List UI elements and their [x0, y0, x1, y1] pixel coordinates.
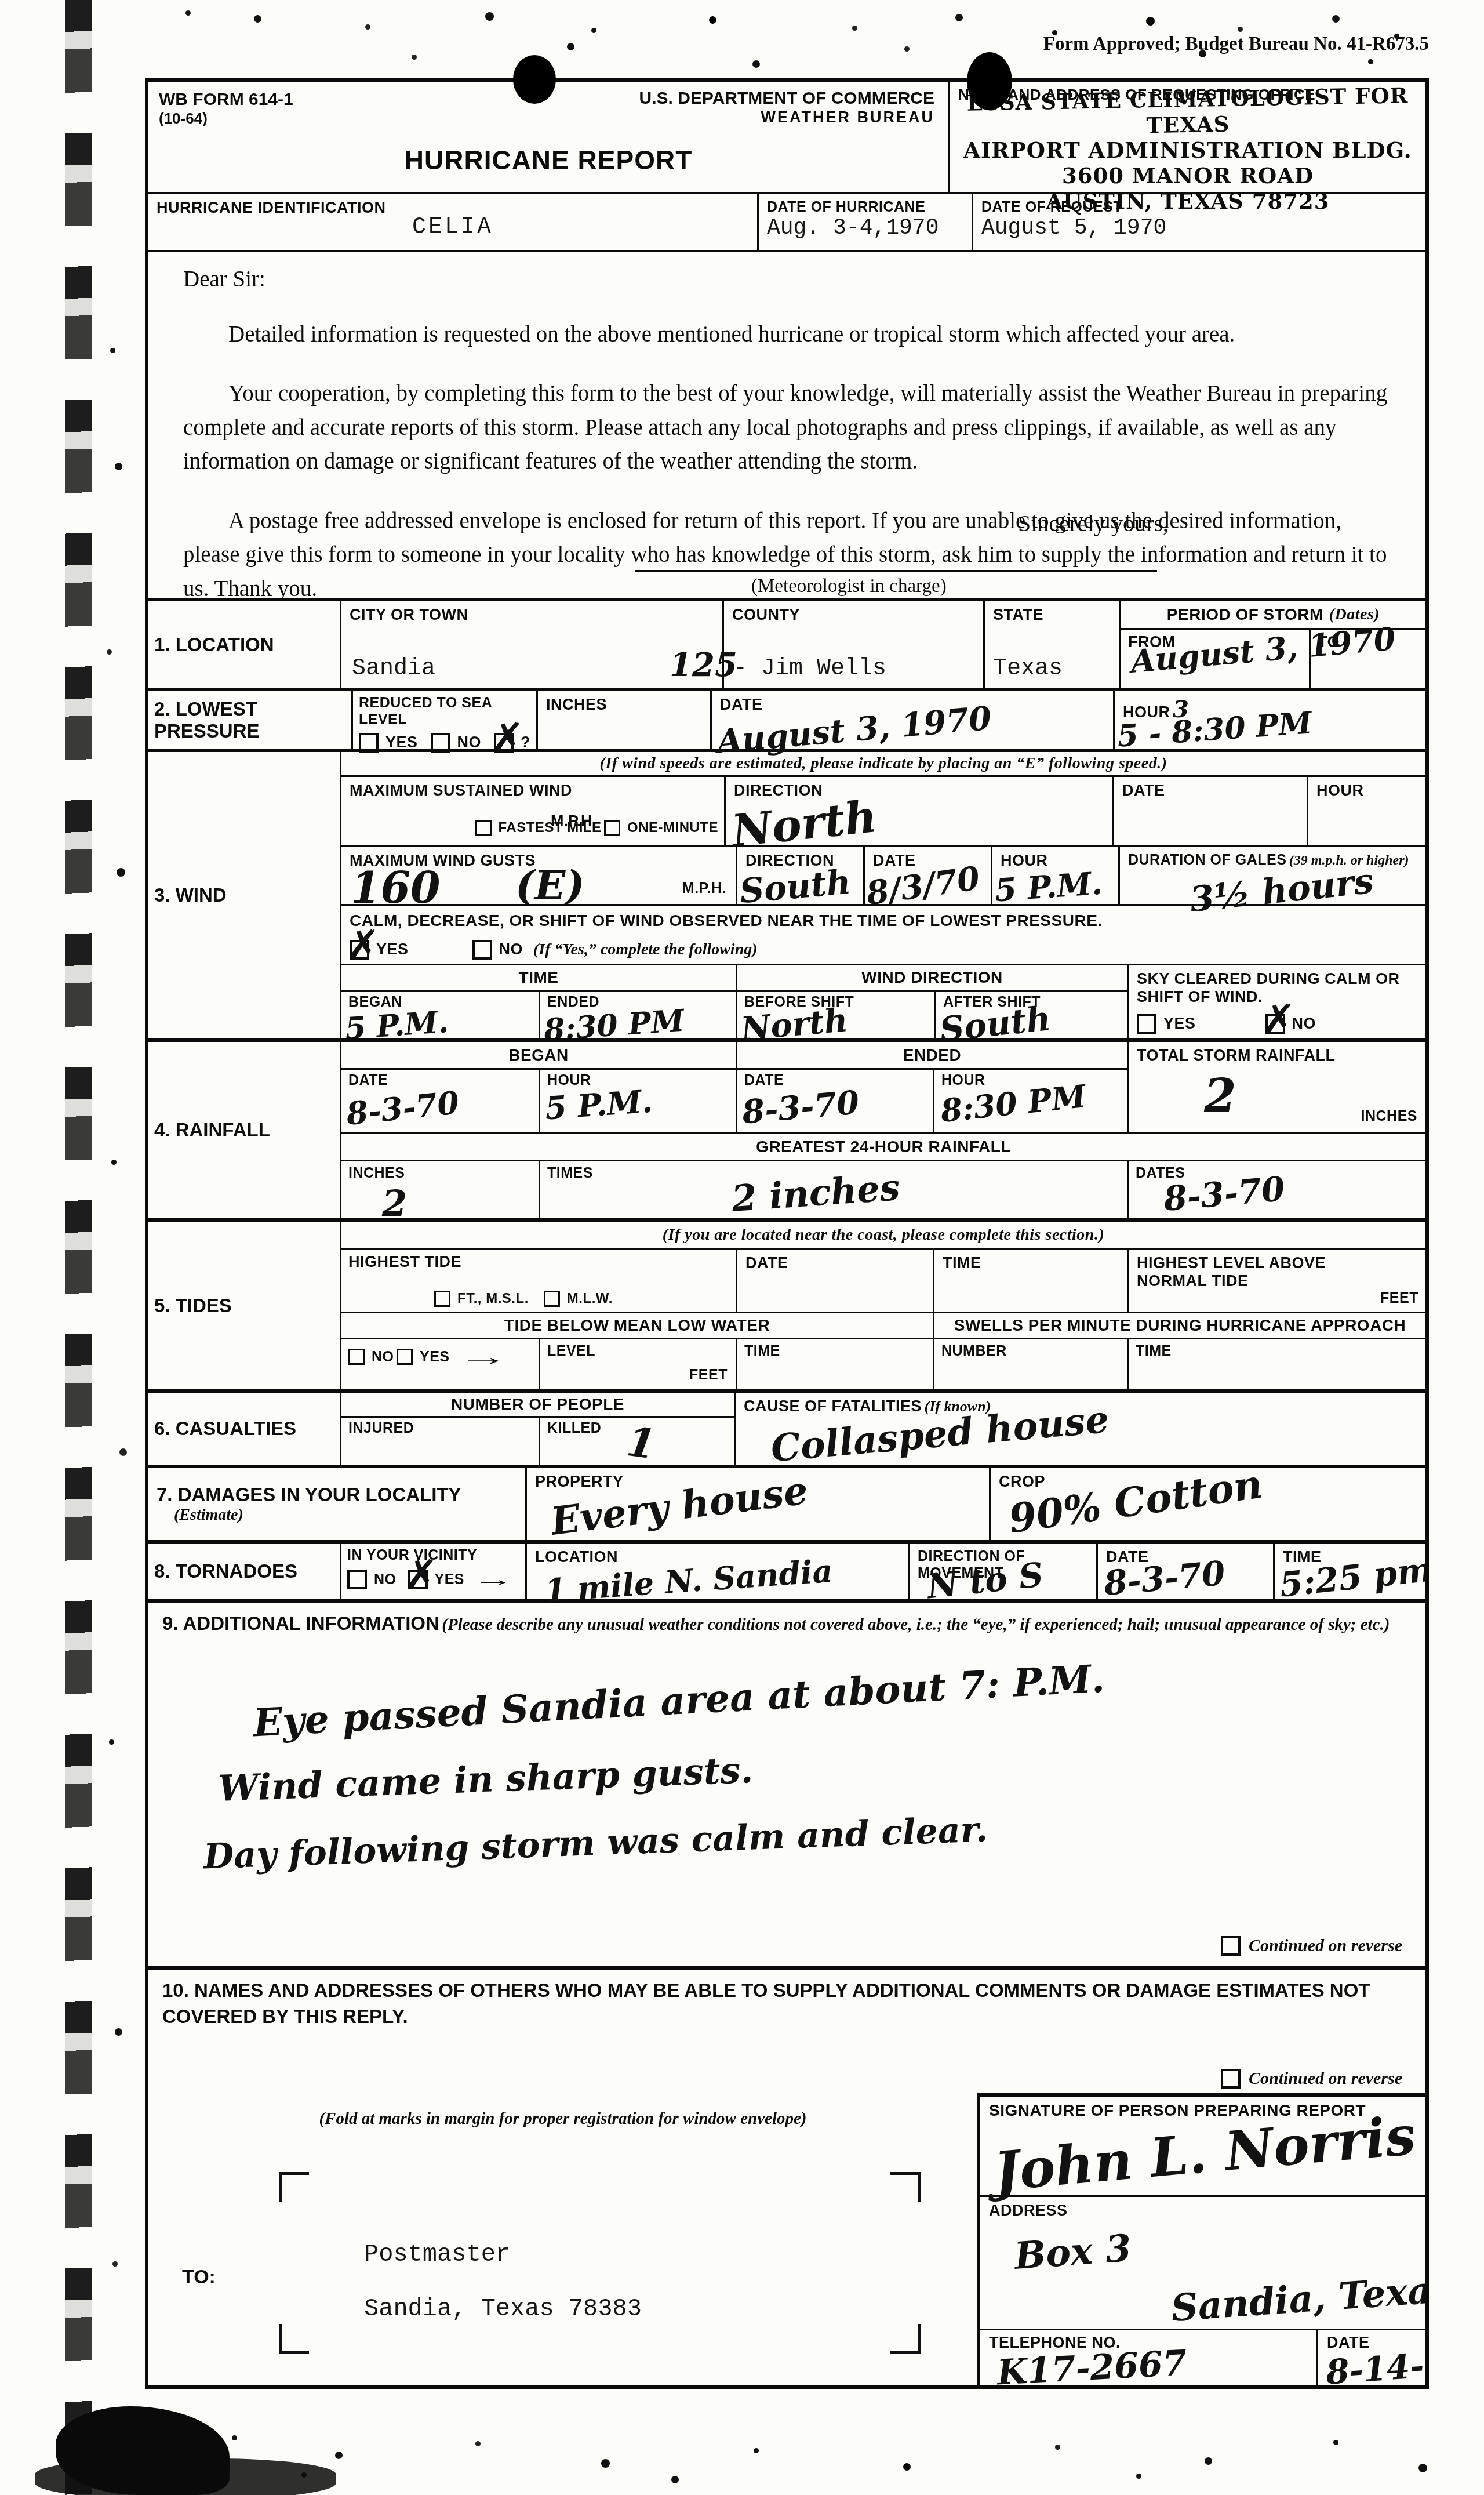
tide-time-cell: TIME: [736, 1339, 933, 1389]
tide-below-no-label: NO: [372, 1349, 394, 1365]
property-damage-cell: PROPERTY Every house: [525, 1468, 989, 1540]
city-value: Sandia: [352, 656, 435, 682]
rain-ended-header: ENDED: [736, 1042, 1127, 1068]
arrow-icon: →: [457, 1343, 508, 1371]
rain-ended-date-cell: DATE 8-3-70: [736, 1070, 933, 1132]
scan-blotch: [35, 2458, 336, 2495]
highest-level-cell: HIGHEST LEVEL ABOVE NORMAL TIDE FEET: [1127, 1250, 1425, 1312]
names-continued-checkbox: [1221, 2069, 1241, 2089]
names-section-label: 10. NAMES AND ADDRESSES OF OTHERS WHO MA…: [162, 1978, 1403, 2029]
pressure-inches-cell: INCHES: [536, 691, 710, 749]
total-storm-rainfall-label: TOTAL STORM RAINFALL: [1137, 1047, 1417, 1065]
calm-shift-checkbox-row: ✗YES NO (If “Yes,” complete the followin…: [341, 936, 1425, 964]
injured-cell: INJURED: [341, 1418, 539, 1465]
date-of-request-value: August 5, 1970: [981, 216, 1417, 241]
section-lowest-pressure: 2. LOWEST PRESSURE REDUCED TO SEA LEVEL …: [148, 688, 1425, 749]
additional-continued-row: Continued on reverse: [1221, 1936, 1402, 1956]
rain-ended-hour-cell: HOUR 8:30 PM: [933, 1070, 1127, 1132]
mailing-panel: (Fold at marks in margin for proper regi…: [148, 2097, 977, 2387]
pressure-inches-label: INCHES: [546, 696, 702, 714]
sky-yes-label: YES: [1163, 1015, 1196, 1033]
city-cell: CITY OR TOWN Sandia 125: [340, 601, 722, 688]
registration-mark-icon: [890, 2172, 921, 2202]
greatest-inches-cell: INCHES 2: [341, 1161, 539, 1218]
footer-block: (Fold at marks in margin for proper regi…: [148, 2097, 1425, 2387]
tides-coast-note: (If you are located near the coast, plea…: [341, 1222, 1425, 1248]
injured-label: INJURED: [348, 1420, 532, 1437]
to-line-1: Postmaster: [364, 2240, 510, 2268]
form-title: HURRICANE REPORT: [148, 144, 948, 176]
pressure-unknown-checkbox: ✗: [494, 733, 514, 753]
tide-below-yes-label: YES: [420, 1349, 450, 1365]
sustained-hour-cell: HOUR: [1307, 777, 1425, 845]
date-of-hurricane-value: Aug. 3-4,1970: [767, 216, 969, 241]
sky-cleared-cell: SKY CLEARED DURING CALM OR SHIFT OF WIND…: [1127, 965, 1425, 1038]
additional-continued-label: Continued on reverse: [1249, 1936, 1402, 1956]
tide-below-no-checkbox: [348, 1349, 365, 1365]
calm-no-label: NO: [499, 940, 523, 958]
highest-tide-date-label: DATE: [745, 1254, 925, 1272]
reduced-to-sea-level-cell: REDUCED TO SEA LEVEL YES NO ✗?: [351, 691, 536, 749]
fold-note: (Fold at marks in margin for proper regi…: [148, 2109, 977, 2129]
swells-number-label: NUMBER: [941, 1343, 1120, 1360]
max-sustained-wind-label: MAXIMUM SUSTAINED WIND: [350, 782, 716, 800]
tornado-no-checkbox: [347, 1570, 367, 1589]
address-line-1: Box 3: [1013, 2227, 1133, 2278]
gusts-hour-cell: HOUR 5 P.M.: [991, 847, 1118, 904]
ft-msl-checkbox: [434, 1291, 450, 1307]
number-of-people-header: NUMBER OF PEOPLE: [341, 1393, 734, 1418]
county-value: - Jim Wells: [733, 656, 886, 682]
rain-ended-date-value: 8-3-70: [741, 1083, 861, 1131]
tide-level-feet-label: FEET: [689, 1367, 728, 1383]
form-approved-note: Form Approved; Budget Bureau No. 41-R673…: [904, 34, 1429, 55]
highest-tide-time-label: TIME: [943, 1254, 1119, 1272]
highest-level-label: HIGHEST LEVEL ABOVE NORMAL TIDE: [1137, 1254, 1392, 1290]
pressure-hour-cell: HOUR 3 5 - 8:30 PM: [1113, 691, 1425, 749]
to-line-2: Sandia, Texas 78383: [364, 2295, 642, 2323]
address-label: ADDRESS: [989, 2202, 1416, 2220]
greatest-inches-label: INCHES: [348, 1165, 532, 1182]
tornado-yes-label: YES: [435, 1571, 465, 1588]
county-cell: COUNTY - Jim Wells: [722, 601, 983, 688]
rain-began-date-value: 8-3-70: [344, 1084, 461, 1132]
address-cell: ADDRESS Box 3 Sandia, Texas: [980, 2195, 1425, 2329]
section-rainfall: 4. RAINFALL BEGAN ENDED DATE 8-3-70: [148, 1038, 1425, 1218]
additional-line-3: Day following storm was calm and clear.: [203, 1809, 988, 1877]
scan-noise: [110, 348, 115, 353]
period-dates-note: (Dates): [1329, 605, 1380, 624]
period-of-storm-label: PERIOD OF STORM: [1167, 605, 1323, 624]
county-label: COUNTY: [732, 606, 975, 624]
rain-began-hour-value: 5 P.M.: [544, 1083, 653, 1127]
additional-line-1: Eye passed Sandia area at about 7: P.M.: [252, 1656, 1105, 1746]
total-rainfall-units: INCHES: [1361, 1108, 1417, 1125]
greatest-dates-cell: DATES 8-3-70: [1127, 1161, 1425, 1218]
additional-info-label: 9. ADDITIONAL INFORMATION: [162, 1613, 439, 1634]
hurricane-name: CELIA: [157, 215, 749, 241]
meteorologist-caption: (Meteorologist in charge): [751, 572, 947, 601]
pressure-date-cell: DATE August 3, 1970: [710, 691, 1113, 749]
additional-line-2: Wind came in sharp gusts.: [217, 1749, 754, 1810]
highest-tide-label: HIGHEST TIDE: [348, 1253, 729, 1271]
registration-mark-icon: [279, 2172, 309, 2202]
form-revision: (10-64): [159, 110, 293, 128]
tide-below-yesno-cell: NO YES→: [341, 1339, 539, 1389]
wind-direction-header: WIND DIRECTION: [737, 965, 1127, 992]
scanned-hurricane-report-page: Form Approved; Budget Bureau No. 41-R673…: [0, 0, 1484, 2495]
cause-of-fatalities-label: CAUSE OF FATALITIES: [744, 1397, 922, 1415]
highest-tide-time-cell: TIME: [933, 1250, 1127, 1312]
pressure-section-label: 2. LOWEST PRESSURE: [148, 691, 351, 749]
additional-info-note: (Please describe any unusual weather con…: [442, 1615, 1390, 1634]
gusts-estimate-flag: (E): [515, 861, 585, 909]
sustained-direction-cell: DIRECTION North: [724, 777, 1112, 845]
max-wind-gusts-cell: MAXIMUM WIND GUSTS 160 (E) M.P.H.: [341, 847, 736, 904]
location-section-label: 1. LOCATION: [148, 601, 340, 688]
identification-row: HURRICANE IDENTIFICATION CELIA DATE OF H…: [148, 192, 1425, 250]
after-shift-cell: AFTER SHIFT South: [934, 992, 1127, 1038]
arrow-icon: →: [472, 1568, 514, 1591]
names-continued-label: Continued on reverse: [1249, 2069, 1402, 2089]
section-wind: 3. WIND (If wind speeds are estimated, p…: [148, 749, 1425, 1038]
calm-yes-checkbox: ✗: [350, 940, 369, 960]
calm-shift-row: CALM, DECREASE, OR SHIFT OF WIND OBSERVE…: [341, 904, 1425, 936]
calm-no-checkbox: [472, 940, 492, 960]
scan-film-strip: [65, 0, 92, 2495]
department-name: U.S. DEPARTMENT OF COMMERCE: [639, 89, 934, 108]
time-began-cell: BEGAN 5 P.M.: [341, 992, 539, 1038]
requesting-office-cell: NAME AND ADDRESS OF REQUESTING OFFICE ES…: [948, 82, 1425, 192]
gusts-mph-label: M.P.H.: [682, 880, 726, 897]
section-tornadoes: 8. TORNADOES IN YOUR VICINITY NO ✗YES→ L…: [148, 1540, 1425, 1599]
calm-note: (If “Yes,” complete the following): [533, 940, 758, 959]
tornado-time-cell: TIME 5:25 pm: [1273, 1544, 1425, 1599]
rainfall-section-label: 4. RAINFALL: [148, 1042, 340, 1218]
bureau-name: WEATHER BUREAU: [639, 108, 934, 126]
hurricane-identification-cell: HURRICANE IDENTIFICATION CELIA: [148, 194, 757, 250]
punch-hole-icon: [513, 55, 556, 104]
registration-mark-icon: [890, 2324, 921, 2354]
tornado-date-cell: DATE 8-3-70: [1096, 1544, 1273, 1599]
gusts-date-cell: DATE 8/3/70: [863, 847, 991, 904]
swells-number-cell: NUMBER: [933, 1339, 1127, 1389]
section-additional-info: 9. ADDITIONAL INFORMATION (Please descri…: [148, 1599, 1425, 1966]
rain-began-header: BEGAN: [341, 1042, 736, 1068]
letter-closing: Sincerely yours,: [1018, 506, 1169, 541]
punch-hole-icon: [967, 52, 1012, 110]
stamp-line: 3600 MANOR ROAD: [958, 163, 1417, 188]
section-location: 1. LOCATION CITY OR TOWN Sandia 125 COUN…: [148, 598, 1425, 688]
to-label: TO:: [182, 2266, 216, 2289]
tornado-movement-cell: DIRECTION OF MOVEMENT N to S: [908, 1544, 1096, 1599]
preparer-panel: SIGNATURE OF PERSON PREPARING REPORT Joh…: [977, 2093, 1425, 2387]
gusts-hour-value: 5 P.M.: [994, 865, 1103, 909]
footer-date-cell: DATE 8-14-70: [1316, 2330, 1425, 2387]
highest-tide-date-cell: DATE: [736, 1250, 933, 1312]
sustained-date-label: DATE: [1122, 782, 1298, 800]
wind-section-label: 3. WIND: [148, 752, 340, 1038]
sky-no-checkbox: ✗: [1265, 1014, 1285, 1034]
hurricane-report-form: WB FORM 614-1 (10-64) U.S. DEPARTMENT OF…: [145, 78, 1429, 2389]
rain-began-date-cell: DATE 8-3-70: [341, 1070, 539, 1132]
casualties-section-label: 6. CASUALTIES: [148, 1393, 340, 1465]
calm-shift-label: CALM, DECREASE, OR SHIFT OF WIND OBSERVE…: [350, 911, 1103, 930]
total-storm-rainfall-value: 2: [1204, 1069, 1236, 1123]
date-of-hurricane-label: DATE OF HURRICANE: [767, 199, 969, 216]
one-minute-checkbox: [604, 820, 620, 836]
one-minute-label: ONE-MINUTE: [627, 820, 718, 836]
cause-of-fatalities-cell: CAUSE OF FATALITIES (If known) Collasped…: [734, 1393, 1425, 1465]
rain-began-hour-cell: HOUR 5 P.M.: [539, 1070, 736, 1132]
section-names-addresses: 10. NAMES AND ADDRESSES OF OTHERS WHO MA…: [148, 1966, 1425, 2097]
city-label: CITY OR TOWN: [350, 606, 714, 624]
ft-msl-label: FT., M.S.L.: [457, 1291, 529, 1307]
fastest-mile-checkbox: [475, 820, 492, 836]
registration-mark-icon: [279, 2324, 309, 2354]
tornado-vicinity-cell: IN YOUR VICINITY NO ✗YES→: [340, 1544, 525, 1599]
form-header: WB FORM 614-1 (10-64) U.S. DEPARTMENT OF…: [148, 82, 1425, 192]
additional-continued-checkbox: [1221, 1936, 1241, 1956]
killed-value: 1: [624, 1417, 659, 1469]
gusts-direction-cell: DIRECTION South: [736, 847, 863, 904]
greatest-times-cell: TIMES 2 inches: [539, 1161, 1127, 1218]
tornadoes-section-label: 8. TORNADOES: [148, 1544, 340, 1599]
section-damages: 7. DAMAGES IN YOUR LOCALITY (Estimate) P…: [148, 1465, 1425, 1540]
mlw-checkbox: [544, 1291, 560, 1307]
max-sustained-wind-cell: MAXIMUM SUSTAINED WIND M.P.H. FASTEST MI…: [341, 777, 724, 845]
damages-section-cell: 7. DAMAGES IN YOUR LOCALITY (Estimate): [148, 1468, 525, 1540]
letter-paragraph: Your cooperation, by completing this for…: [183, 377, 1391, 479]
tide-time-label: TIME: [744, 1343, 926, 1360]
swells-header: SWELLS PER MINUTE DURING HURRICANE APPRO…: [933, 1313, 1425, 1338]
signature-cell: SIGNATURE OF PERSON PREPARING REPORT Joh…: [980, 2097, 1425, 2195]
gales-duration-cell: DURATION OF GALES (39 m.p.h. or higher) …: [1118, 847, 1425, 904]
sustained-direction-label: DIRECTION: [734, 782, 1104, 800]
mlw-label: M.L.W.: [567, 1291, 613, 1307]
form-header-left: WB FORM 614-1 (10-64) U.S. DEPARTMENT OF…: [148, 82, 948, 192]
date-of-hurricane-cell: DATE OF HURRICANE Aug. 3-4,1970: [757, 194, 972, 250]
names-continued-row: Continued on reverse: [1221, 2069, 1402, 2089]
time-ended-cell: ENDED 8:30 PM: [539, 992, 736, 1038]
stamp-line: ESSA STATE CLIMATOLOGIST FOR TEXAS: [958, 82, 1417, 141]
sustained-date-cell: DATE: [1112, 777, 1307, 845]
tornado-location-cell: LOCATION 1 mile N. Sandia: [525, 1544, 908, 1599]
letter-body: Dear Sir: Detailed information is reques…: [148, 250, 1425, 598]
greatest-rainfall-header: GREATEST 24-HOUR RAINFALL: [341, 1132, 1425, 1161]
letter-salutation: Dear Sir:: [183, 263, 1391, 297]
telephone-cell: TELEPHONE NO. K17-2667: [980, 2330, 1316, 2387]
date-of-request-cell: DATE OF REQUEST August 5, 1970: [972, 194, 1425, 250]
swells-time-cell: TIME: [1127, 1339, 1425, 1389]
address-line-2: Sandia, Texas: [1170, 2267, 1429, 2330]
killed-cell: KILLED 1: [539, 1418, 734, 1465]
highest-tide-cell: HIGHEST TIDE FT., M.S.L. M.L.W.: [341, 1250, 736, 1312]
sky-yes-checkbox: [1137, 1014, 1156, 1034]
form-number: WB FORM 614-1: [159, 90, 293, 110]
tide-level-label: LEVEL: [547, 1343, 729, 1360]
scan-noise: [185, 10, 191, 16]
fastest-mile-label: FASTEST MILE: [499, 820, 602, 836]
period-of-storm-cell: PERIOD OF STORM (Dates) FROM TO August 3…: [1119, 601, 1425, 688]
state-value: Texas: [993, 656, 1063, 682]
swells-time-label: TIME: [1136, 1343, 1418, 1360]
highest-level-feet-label: FEET: [1380, 1290, 1418, 1307]
date-of-request-label: DATE OF REQUEST: [981, 199, 1417, 216]
state-cell: STATE Texas: [983, 601, 1119, 688]
stamp-line: AIRPORT ADMINISTRATION BLDG.: [958, 137, 1417, 163]
calm-yes-label: YES: [376, 940, 409, 958]
tide-level-cell: LEVEL FEET: [539, 1339, 736, 1389]
section-tides: 5. TIDES (If you are located near the co…: [148, 1218, 1425, 1389]
total-storm-rainfall-cell: TOTAL STORM RAINFALL 2 INCHES: [1127, 1042, 1425, 1132]
city-handwritten-note: 125: [670, 646, 737, 684]
tide-below-header: TIDE BELOW MEAN LOW WATER: [341, 1313, 933, 1338]
gales-label: DURATION OF GALES: [1128, 852, 1286, 868]
damages-estimate-note: (Estimate): [174, 1506, 517, 1524]
damages-section-label: 7. DAMAGES IN YOUR LOCALITY: [157, 1484, 517, 1506]
before-shift-cell: BEFORE SHIFT North: [737, 992, 934, 1038]
time-header: TIME: [341, 965, 736, 992]
tornado-no-label: NO: [374, 1571, 397, 1588]
crop-damage-cell: CROP 90% Cotton: [989, 1468, 1425, 1540]
letter-paragraph: Detailed information is requested on the…: [183, 318, 1391, 352]
sustained-hour-label: HOUR: [1316, 782, 1417, 800]
tide-below-yes-checkbox: [397, 1349, 413, 1365]
state-label: STATE: [993, 606, 1111, 624]
tornado-yes-checkbox: ✗: [408, 1570, 428, 1589]
scan-noise: [232, 2435, 237, 2440]
section-casualties: 6. CASUALTIES NUMBER OF PEOPLE INJURED K…: [148, 1389, 1425, 1465]
tides-section-label: 5. TIDES: [148, 1222, 340, 1389]
